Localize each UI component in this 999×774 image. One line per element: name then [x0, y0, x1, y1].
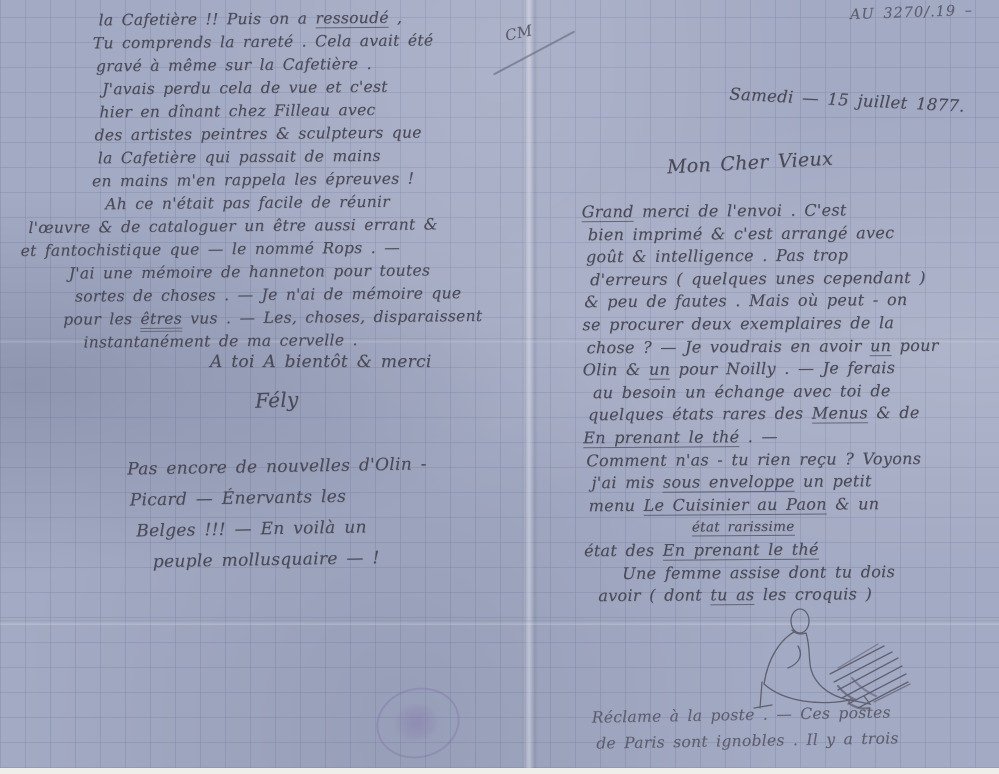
handwriting-line: avoir ( dont tu as les croquis )	[584, 583, 940, 608]
handwriting-line: Comment n'as - tu rien reçu ? Voyons	[583, 447, 939, 472]
postscript: Pas encore de nouvelles d'Olin -Picard —…	[119, 449, 429, 578]
signature: Fély	[255, 387, 299, 413]
handwriting-line: & peu de fautes . Mais où peut - on	[582, 289, 938, 314]
handwriting-line: l'œuvre & de cataloguer un être aussi er…	[20, 213, 481, 240]
handwriting-line: instantanément de ma cervelle .	[21, 328, 482, 355]
right-page-body: Grand merci de l'envoi . C'estbien impri…	[582, 199, 941, 608]
handwriting-line: En prenant le thé . —	[583, 425, 939, 450]
handwriting-line: menu Le Cuisinier au Paon & un	[584, 492, 940, 517]
seated-figure-sketch	[688, 608, 913, 710]
handwriting-line: se procurer deux exemplaires de la	[582, 312, 938, 337]
handwriting-line: j'ai mis sous enveloppe un petit	[583, 470, 939, 495]
handwriting-line: de Paris sont ignobles . Il y a trois	[592, 725, 899, 756]
handwriting-line: peuple mollusquaire — !	[121, 542, 429, 578]
handwriting-line: Une femme assise dont tu dois	[584, 560, 940, 585]
handwriting-line: en mains m'en rappela les épreuves !	[20, 167, 481, 194]
stamp-blob	[392, 700, 441, 745]
handwriting-line: chose ? — Je voudrais en avoir un pour	[583, 334, 939, 359]
right-page-footnote: Réclame à la poste . — Ces postesde Pari…	[592, 699, 899, 756]
handwriting-line: Pas encore de nouvelles d'Olin -	[119, 449, 427, 485]
handwriting-line: d'erreurs ( quelques unes cependant )	[582, 267, 938, 292]
left-page-body: la Cafetière !! Puis on a ressoudé ,Tu c…	[19, 6, 483, 355]
handwriting-line: bien imprimé & c'est arrangé avec	[582, 221, 938, 246]
center-fold	[522, 0, 538, 768]
handwriting-line: état rarissime	[584, 515, 940, 540]
handwriting-line: pour les êtres vus . — Les, choses, disp…	[21, 305, 482, 332]
handwriting-line: Grand merci de l'envoi . C'est	[582, 199, 938, 224]
handwriting-line: goût & intelligence . Pas trop	[582, 244, 938, 269]
handwriting-line: état des En prenant le thé	[584, 538, 940, 563]
closing-line: A toi A bientôt & merci	[210, 352, 432, 372]
handwriting-line: Olin & un pour Noilly . — Je ferais	[583, 357, 939, 382]
handwriting-line: au besoin un échange avec toi de	[583, 380, 939, 405]
handwriting-line: Tu comprends la rareté . Cela avait été	[19, 29, 480, 56]
handwriting-line: des artistes peintres & sculpteurs que	[20, 121, 481, 148]
handwriting-line: quelques états rares des Menus & de	[583, 402, 939, 427]
